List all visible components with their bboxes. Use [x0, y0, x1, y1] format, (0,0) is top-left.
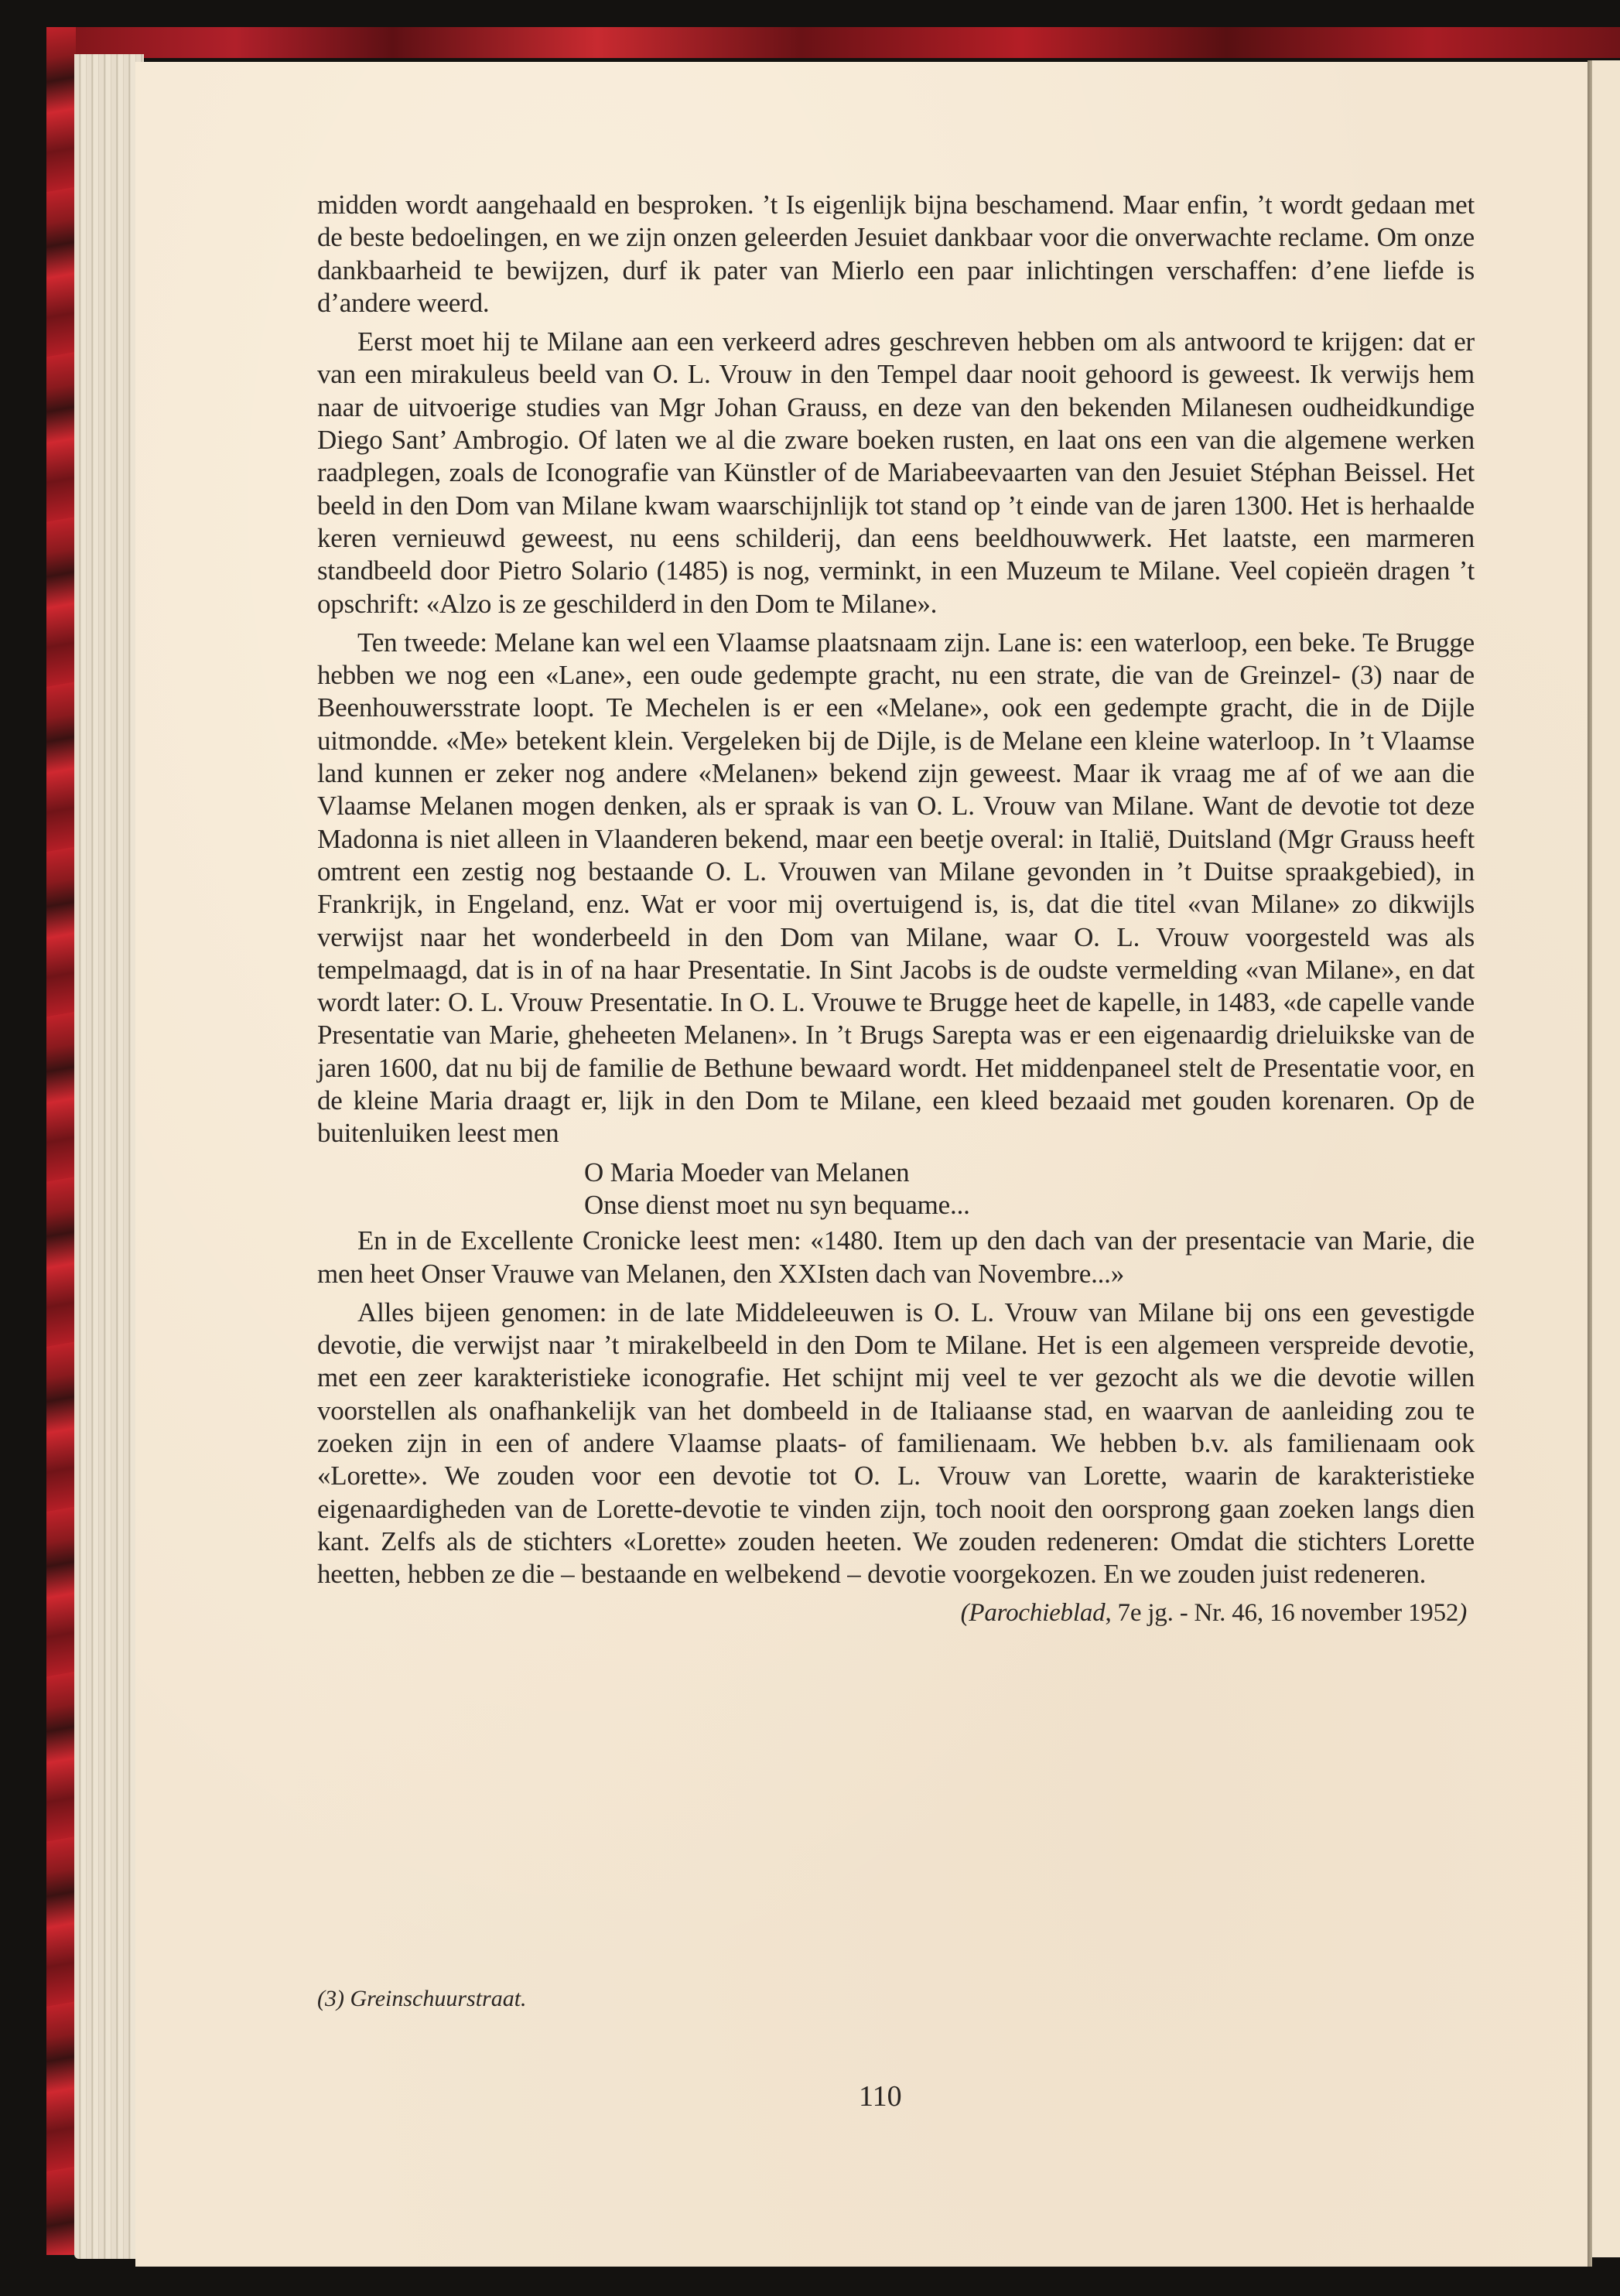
attribution-source: Parochieblad	[969, 1599, 1105, 1627]
source-attribution: (Parochieblad, 7e jg. - Nr. 46, 16 novem…	[317, 1597, 1475, 1629]
book-cover-left-edge	[46, 27, 76, 2255]
page-edges-stack	[74, 54, 144, 2259]
paragraph-4: En in de Excellente Cronicke leest men: …	[317, 1225, 1475, 1290]
attribution-close: )	[1458, 1599, 1467, 1627]
facing-page-edge	[1592, 60, 1620, 2257]
body-text: midden wordt aangehaald en besproken. ’t…	[317, 189, 1475, 1630]
attribution-details: , 7e jg. - Nr. 46, 16 november 1952	[1105, 1599, 1458, 1627]
attribution-open: (	[961, 1599, 969, 1627]
paragraph-5: Alles bijeen genomen: in de late Middele…	[317, 1297, 1475, 1591]
page-number: 110	[859, 2079, 902, 2113]
footnote: (3) Greinschuurstraat.	[317, 1986, 527, 2012]
paragraph-3: Ten tweede: Melane kan wel een Vlaamse p…	[317, 627, 1475, 1150]
verse-line-2: Onse dienst moet nu syn bequame...	[584, 1189, 1475, 1221]
verse-line-1: O Maria Moeder van Melanen	[584, 1157, 1475, 1189]
verse-quote: O Maria Moeder van Melanen Onse dienst m…	[317, 1157, 1475, 1222]
book-cover-top-edge	[46, 27, 1620, 58]
paragraph-1: midden wordt aangehaald en besproken. ’t…	[317, 189, 1475, 319]
paragraph-2: Eerst moet hij te Milane aan een verkeer…	[317, 326, 1475, 620]
